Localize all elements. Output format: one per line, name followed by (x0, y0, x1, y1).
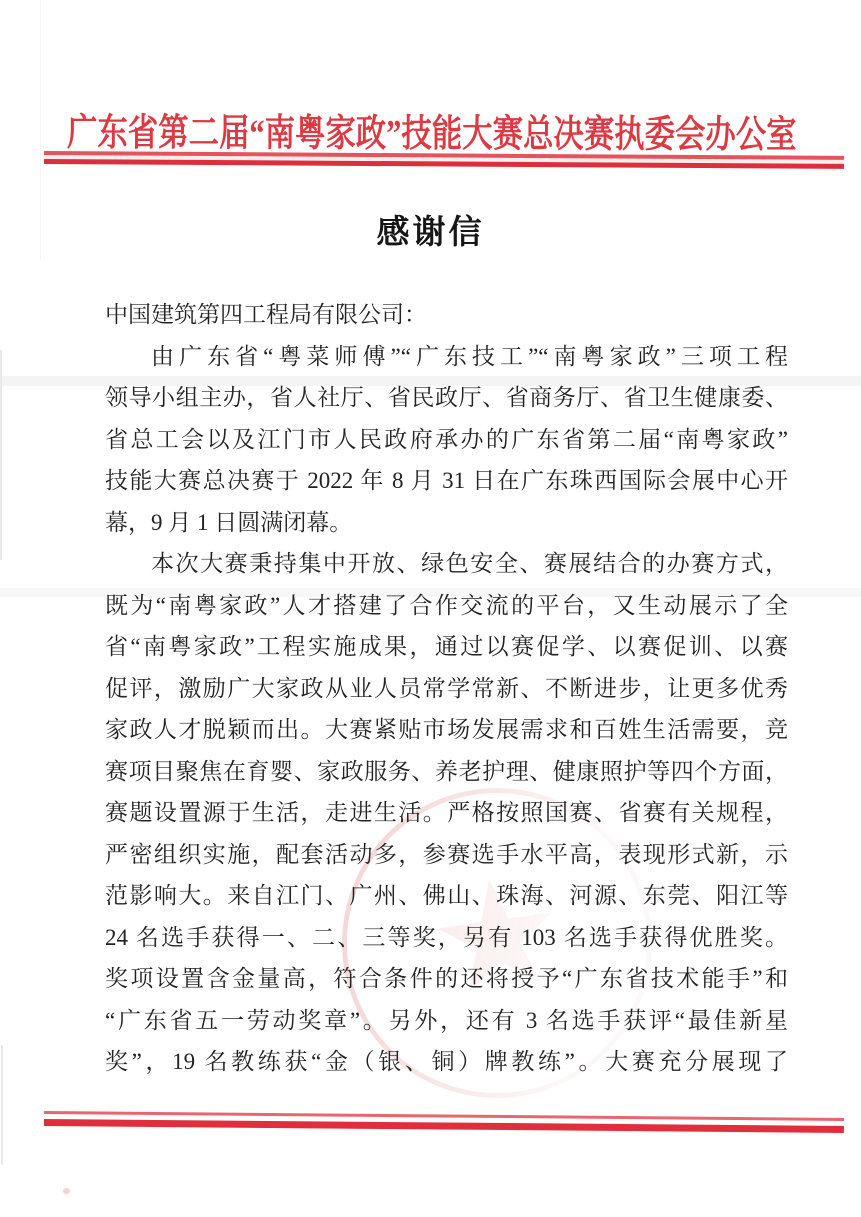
letter-line: “广东省五一劳动奖章”。另外，还有 3 名选手获评“最佳新星 (105, 1000, 788, 1042)
letter-line: 技能大赛总决赛于 2022 年 8 月 31 日在广东珠西国际会展中心开 (105, 460, 788, 502)
letter-body: 中国建筑第四工程局有限公司： 由广东省“粤菜师傅”“广东技工”“南粤家政”三项工… (105, 294, 788, 1083)
letter-line: 24 名选手获得一、二、三等奖，另有 103 名选手获得优胜奖。 (105, 917, 788, 959)
letter-line: 严密组织实施，配套活动多，参赛选手水平高，表现形式新，示 (105, 834, 788, 876)
letter-line: 本次大赛秉持集中开放、绿色安全、赛展结合的办赛方式， (105, 543, 788, 585)
letter-line: 既为“南粤家政”人才搭建了合作交流的平台，又生动展示了全 (105, 585, 788, 627)
scan-artifact-edge (0, 350, 2, 560)
letter-line: 领导小组主办，省人社厅、省民政厅、省商务厅、省卫生健康委、 (105, 377, 788, 419)
letter-line: 省“南粤家政”工程实施成果，通过以赛促学、以赛促训、以赛 (105, 626, 788, 668)
letter-line: 奖”，19 名教练获“金（银、铜）牌教练”。大赛充分展现了 (105, 1041, 788, 1083)
letter-salutation: 中国建筑第四工程局有限公司： (105, 294, 788, 336)
footer-rule (44, 1111, 844, 1133)
letter-line: 幕，9 月 1 日圆满闭幕。 (105, 502, 788, 544)
letter-title: 感谢信 (0, 206, 861, 253)
letter-line: 促评，激励广大家政从业人员常学常新、不断进步，让更多优秀 (105, 668, 788, 710)
letter-line: 赛项目聚焦在育婴、家政服务、养老护理、健康照护等四个方面， (105, 751, 788, 793)
scan-artifact-edge (1, 1045, 3, 1165)
letter-line: 家政人才脱颖而出。大赛紧贴市场发展需求和百姓生活需要，竞 (105, 709, 788, 751)
letter-line: 范影响大。来自江门、广州、佛山、珠海、河源、东莞、阳江等 (105, 875, 788, 917)
letter-line: 省总工会以及江门市人民政府承办的广东省第二届“南粤家政” (105, 419, 788, 461)
letter-line: 由广东省“粤菜师傅”“广东技工”“南粤家政”三项工程 (105, 336, 788, 378)
scanned-letter-page: 广东省第二届“南粤家政”技能大赛总决赛执委会办公室 感谢信 ★ 中国建筑第四工程… (0, 0, 861, 1217)
letter-line: 奖项设置含金量高，符合条件的还将授予“广东省技术能手”和 (105, 958, 788, 1000)
letterhead-org-title: 广东省第二届“南粤家政”技能大赛总决赛执委会办公室 (67, 101, 797, 158)
scan-artifact-dot (63, 1188, 70, 1194)
letter-line: 赛题设置源于生活，走进生活。严格按照国赛、省赛有关规程， (105, 792, 788, 834)
